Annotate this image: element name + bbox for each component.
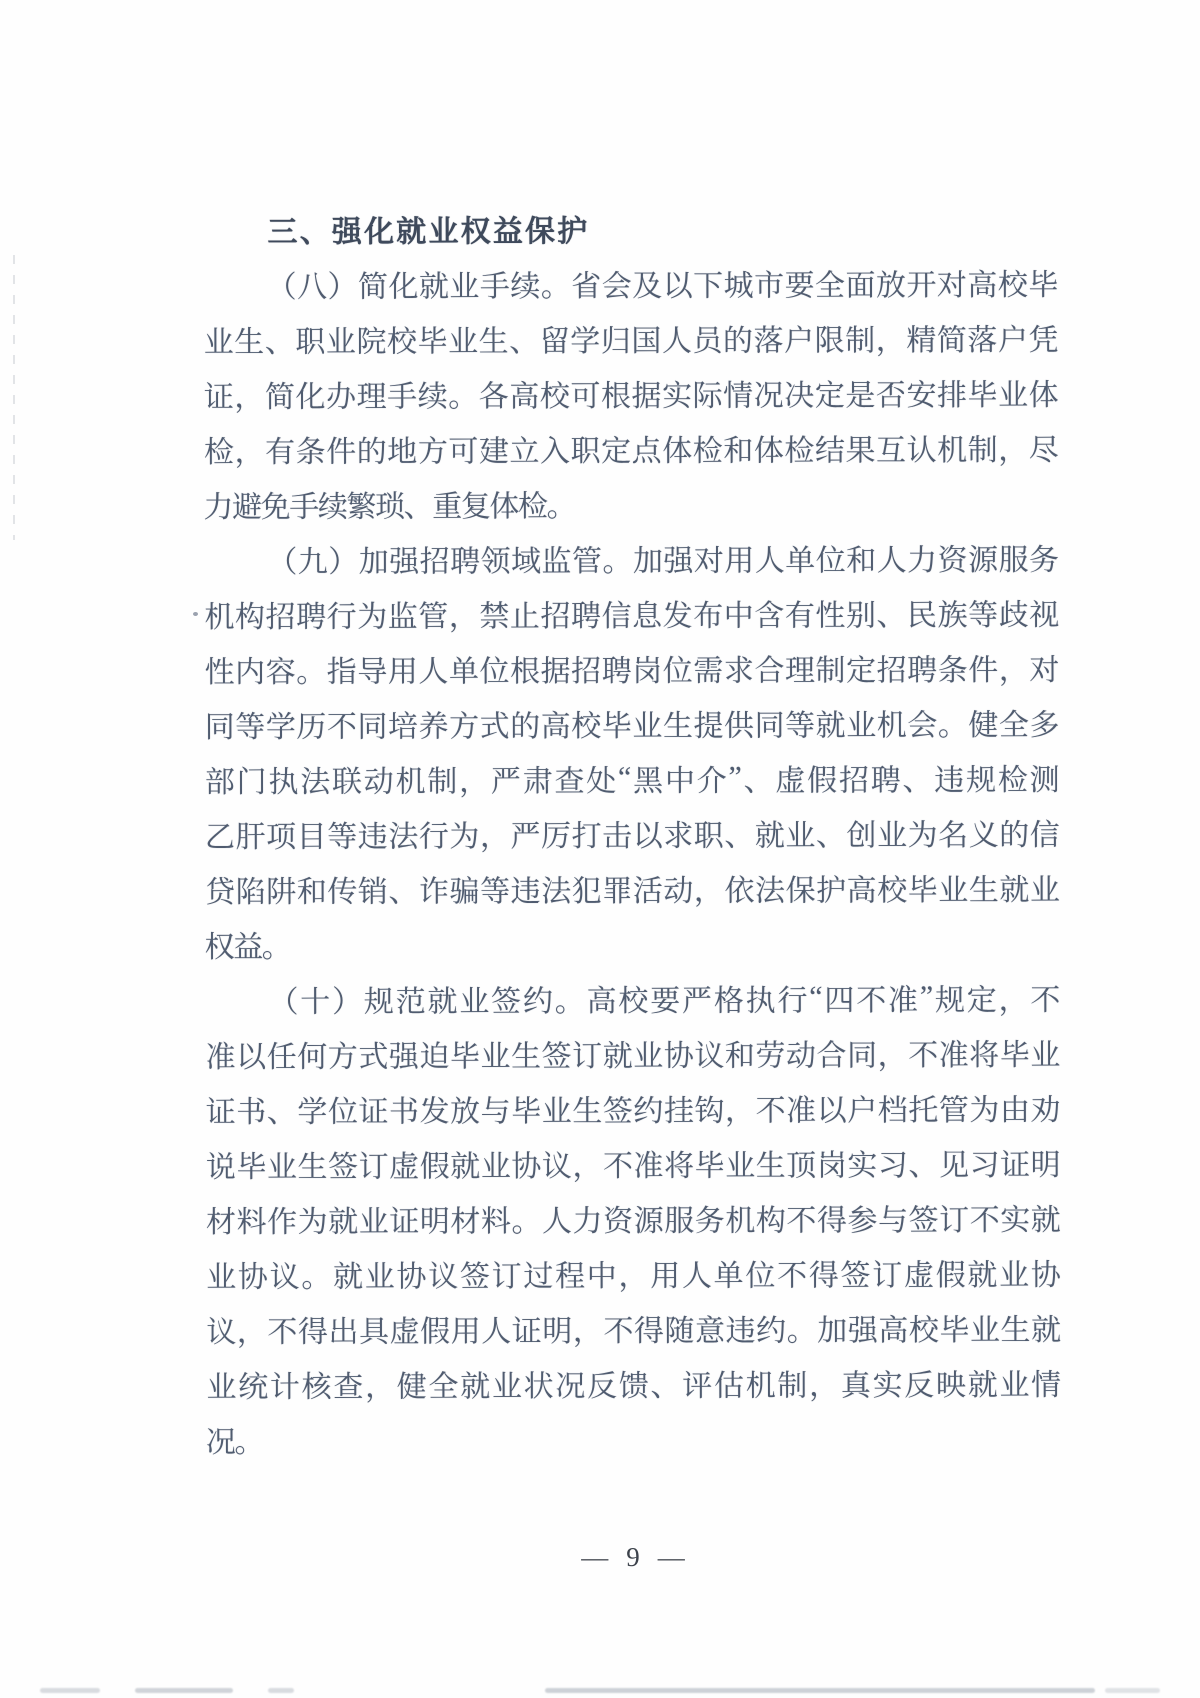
text-line: （九）加强招聘领域监管。加强对用人单位和人力资源服务 <box>204 529 1059 586</box>
page-number: — 9 — <box>33 1542 1200 1573</box>
text-line: 说毕业生签订虚假就业协议，不准将毕业生顶岗实习、见习证明 <box>206 1134 1061 1191</box>
text-line: 准以任何方式强迫毕业生签订就业协议和劳动合同，不准将毕业 <box>206 1024 1061 1081</box>
text-line: 同等学历不同培养方式的高校毕业生提供同等就业机会。健全多 <box>205 694 1060 751</box>
text-line: 性内容。指导用人单位根据招聘岗位需求合理制定招聘条件，对 <box>204 639 1059 696</box>
text-line: 况。 <box>207 1409 1062 1466</box>
page-number-dash-left: — <box>581 1542 608 1573</box>
text-line: 材料作为就业证明材料。人力资源服务机构不得参与签订不实就 <box>206 1189 1061 1246</box>
text-line: 乙肝项目等违法行为，严厉打击以求职、就业、创业为名义的信 <box>205 804 1060 861</box>
scan-artifact-left-streak <box>13 255 15 540</box>
text-line: 证书、学位证书发放与毕业生签约挂钩，不准以户档托管为由劝 <box>206 1079 1061 1136</box>
text-line: （十）规范就业签约。高校要严格执行“四不准”规定，不 <box>205 969 1060 1026</box>
text-line: 权益。 <box>205 914 1060 971</box>
text-line: 部门执法联动机制，严肃查处“黑中介”、虚假招聘、违规检测 <box>205 749 1060 806</box>
text-line: 业生、职业院校毕业生、留学归国人员的落户限制，精简落户凭 <box>204 309 1059 366</box>
text-line: 贷陷阱和传销、诈骗等违法犯罪活动，依法保护高校毕业生就业 <box>205 859 1060 916</box>
text-line: 业统计核查，健全就业状况反馈、评估机制，真实反映就业情 <box>206 1354 1061 1411</box>
text-line: 议，不得出具虚假用人证明，不得随意违约。加强高校毕业生就 <box>206 1299 1061 1356</box>
text-line: 证，简化办理手续。各高校可根据实际情况决定是否安排毕业体 <box>204 364 1059 421</box>
text-line: 机构招聘行为监管，禁止招聘信息发布中含有性别、民族等歧视 <box>204 584 1059 641</box>
page-number-dash-right: — <box>658 1542 685 1573</box>
text-line: 业协议。就业协议签订过程中，用人单位不得签订虚假就业协 <box>206 1244 1061 1301</box>
section-heading-line: 三、强化就业权益保护 <box>203 199 1058 256</box>
text-line: 力避免手续繁琐、重复体检。 <box>204 474 1059 531</box>
text-line: （八）简化就业手续。省会及以下城市要全面放开对高校毕 <box>203 254 1058 311</box>
scan-artifact-bottom-smudge <box>40 1688 100 1693</box>
scan-artifact-bottom-smudge <box>135 1688 233 1693</box>
scan-artifact-bottom-smudge <box>268 1688 294 1693</box>
page-number-value: 9 <box>626 1542 640 1573</box>
scan-artifact-bottom-smudge <box>1105 1688 1160 1693</box>
document-text: 三、强化就业权益保护（八）简化就业手续。省会及以下城市要全面放开对高校毕业生、职… <box>203 199 1061 1466</box>
scan-artifact-bottom-smudge <box>545 1688 1095 1693</box>
text-line: 检，有条件的地方可建立入职定点体检和体检结果互认机制，尽 <box>204 419 1059 476</box>
scan-artifact-speck <box>193 612 198 616</box>
document-page: 三、强化就业权益保护（八）简化就业手续。省会及以下城市要全面放开对高校毕业生、职… <box>0 0 1200 1698</box>
